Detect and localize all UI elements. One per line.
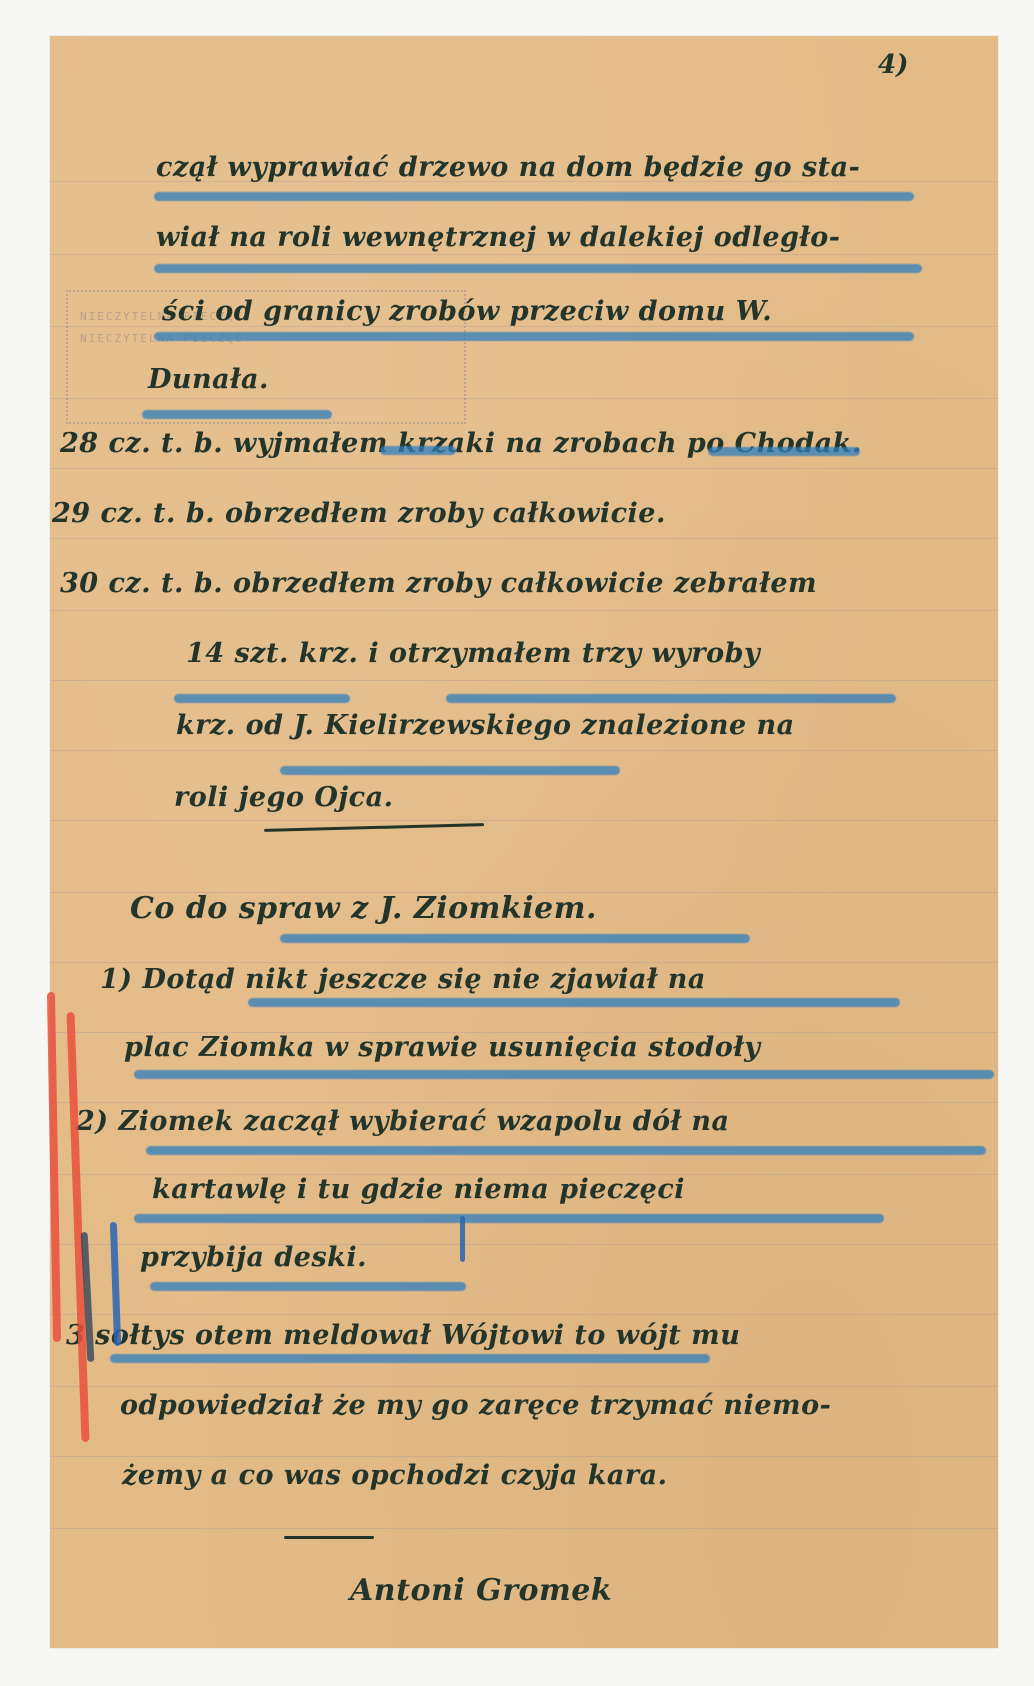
red-margin-mark <box>66 1012 89 1442</box>
text-line: przybija deski. <box>140 1244 367 1271</box>
text-line: 14 szt. krz. i otrzymałem trzy wyroby <box>186 640 760 667</box>
blue-underline <box>280 766 620 775</box>
blue-underline <box>134 1214 884 1223</box>
ruled-line <box>50 610 998 611</box>
blue-underline <box>142 410 332 419</box>
ruled-line <box>50 1386 998 1387</box>
text-line: krz. od J. Kielirzewskiego znalezione na <box>176 712 795 739</box>
text-line: roli jego Ojca. <box>174 784 394 811</box>
ruled-line <box>50 1456 998 1457</box>
section-heading: Co do spraw z J. Ziomkiem. <box>130 894 597 924</box>
blue-underline <box>146 1146 986 1155</box>
blue-underline <box>154 192 914 201</box>
blue-underline <box>154 264 922 273</box>
ruled-line <box>50 820 998 821</box>
blue-underline <box>134 1070 994 1079</box>
ruled-line <box>50 538 998 539</box>
text-line: 1) Dotąd nikt jeszcze się nie zjawiał na <box>100 966 706 993</box>
ruled-line <box>50 1528 998 1529</box>
text-line: wiał na roli wewnętrznej w dalekiej odle… <box>156 224 841 251</box>
blue-underline <box>110 1354 710 1363</box>
ruled-line <box>50 680 998 681</box>
red-margin-mark <box>47 992 61 1342</box>
text-line: 29 cz. t. b. obrzedłem zroby całkowicie. <box>52 500 666 527</box>
text-line: Dunała. <box>148 366 269 393</box>
blue-margin-bracket <box>460 1216 465 1262</box>
blue-underline <box>280 934 750 943</box>
document-page: NIECZYTELNA PIECZĘĆ NIECZYTELNA PIECZĘĆ … <box>50 36 998 1648</box>
text-line: 30 cz. t. b. obrzedłem zroby całkowicie … <box>60 570 817 597</box>
blue-underline <box>708 447 860 456</box>
ruled-line <box>50 1102 998 1103</box>
ruled-line <box>50 962 998 963</box>
blue-underline <box>248 998 900 1007</box>
page-number: 4) <box>878 50 908 80</box>
ruled-line <box>50 254 998 255</box>
ruled-line <box>50 750 998 751</box>
ink-dash <box>284 1536 374 1539</box>
blue-underline <box>150 1282 466 1291</box>
text-line: plac Ziomka w sprawie usunięcia stodoły <box>124 1034 760 1061</box>
blue-underline <box>154 332 914 341</box>
text-line: ści od granicy zrobów przeciw domu W. <box>162 298 772 325</box>
ruled-line <box>50 468 998 469</box>
ink-underline <box>264 823 484 832</box>
ruled-line <box>50 1314 998 1315</box>
blue-underline <box>174 694 350 703</box>
blue-underline <box>446 694 896 703</box>
signature: Antoni Gromek <box>350 1576 612 1606</box>
text-line: kartawlę i tu gdzie niema pieczęci <box>152 1176 685 1203</box>
text-line: żemy a co was opchodzi czyja kara. <box>122 1462 668 1489</box>
text-line: czął wyprawiać drzewo na dom będzie go s… <box>156 154 860 181</box>
text-line: odpowiedział że my go zaręce trzymać nie… <box>120 1392 831 1419</box>
text-line: 3 sołtys otem meldował Wójtowi to wójt m… <box>66 1322 740 1349</box>
blue-underline <box>380 446 456 455</box>
text-line: 2) Ziomek zaczął wybierać wzapolu dół na <box>76 1108 730 1135</box>
